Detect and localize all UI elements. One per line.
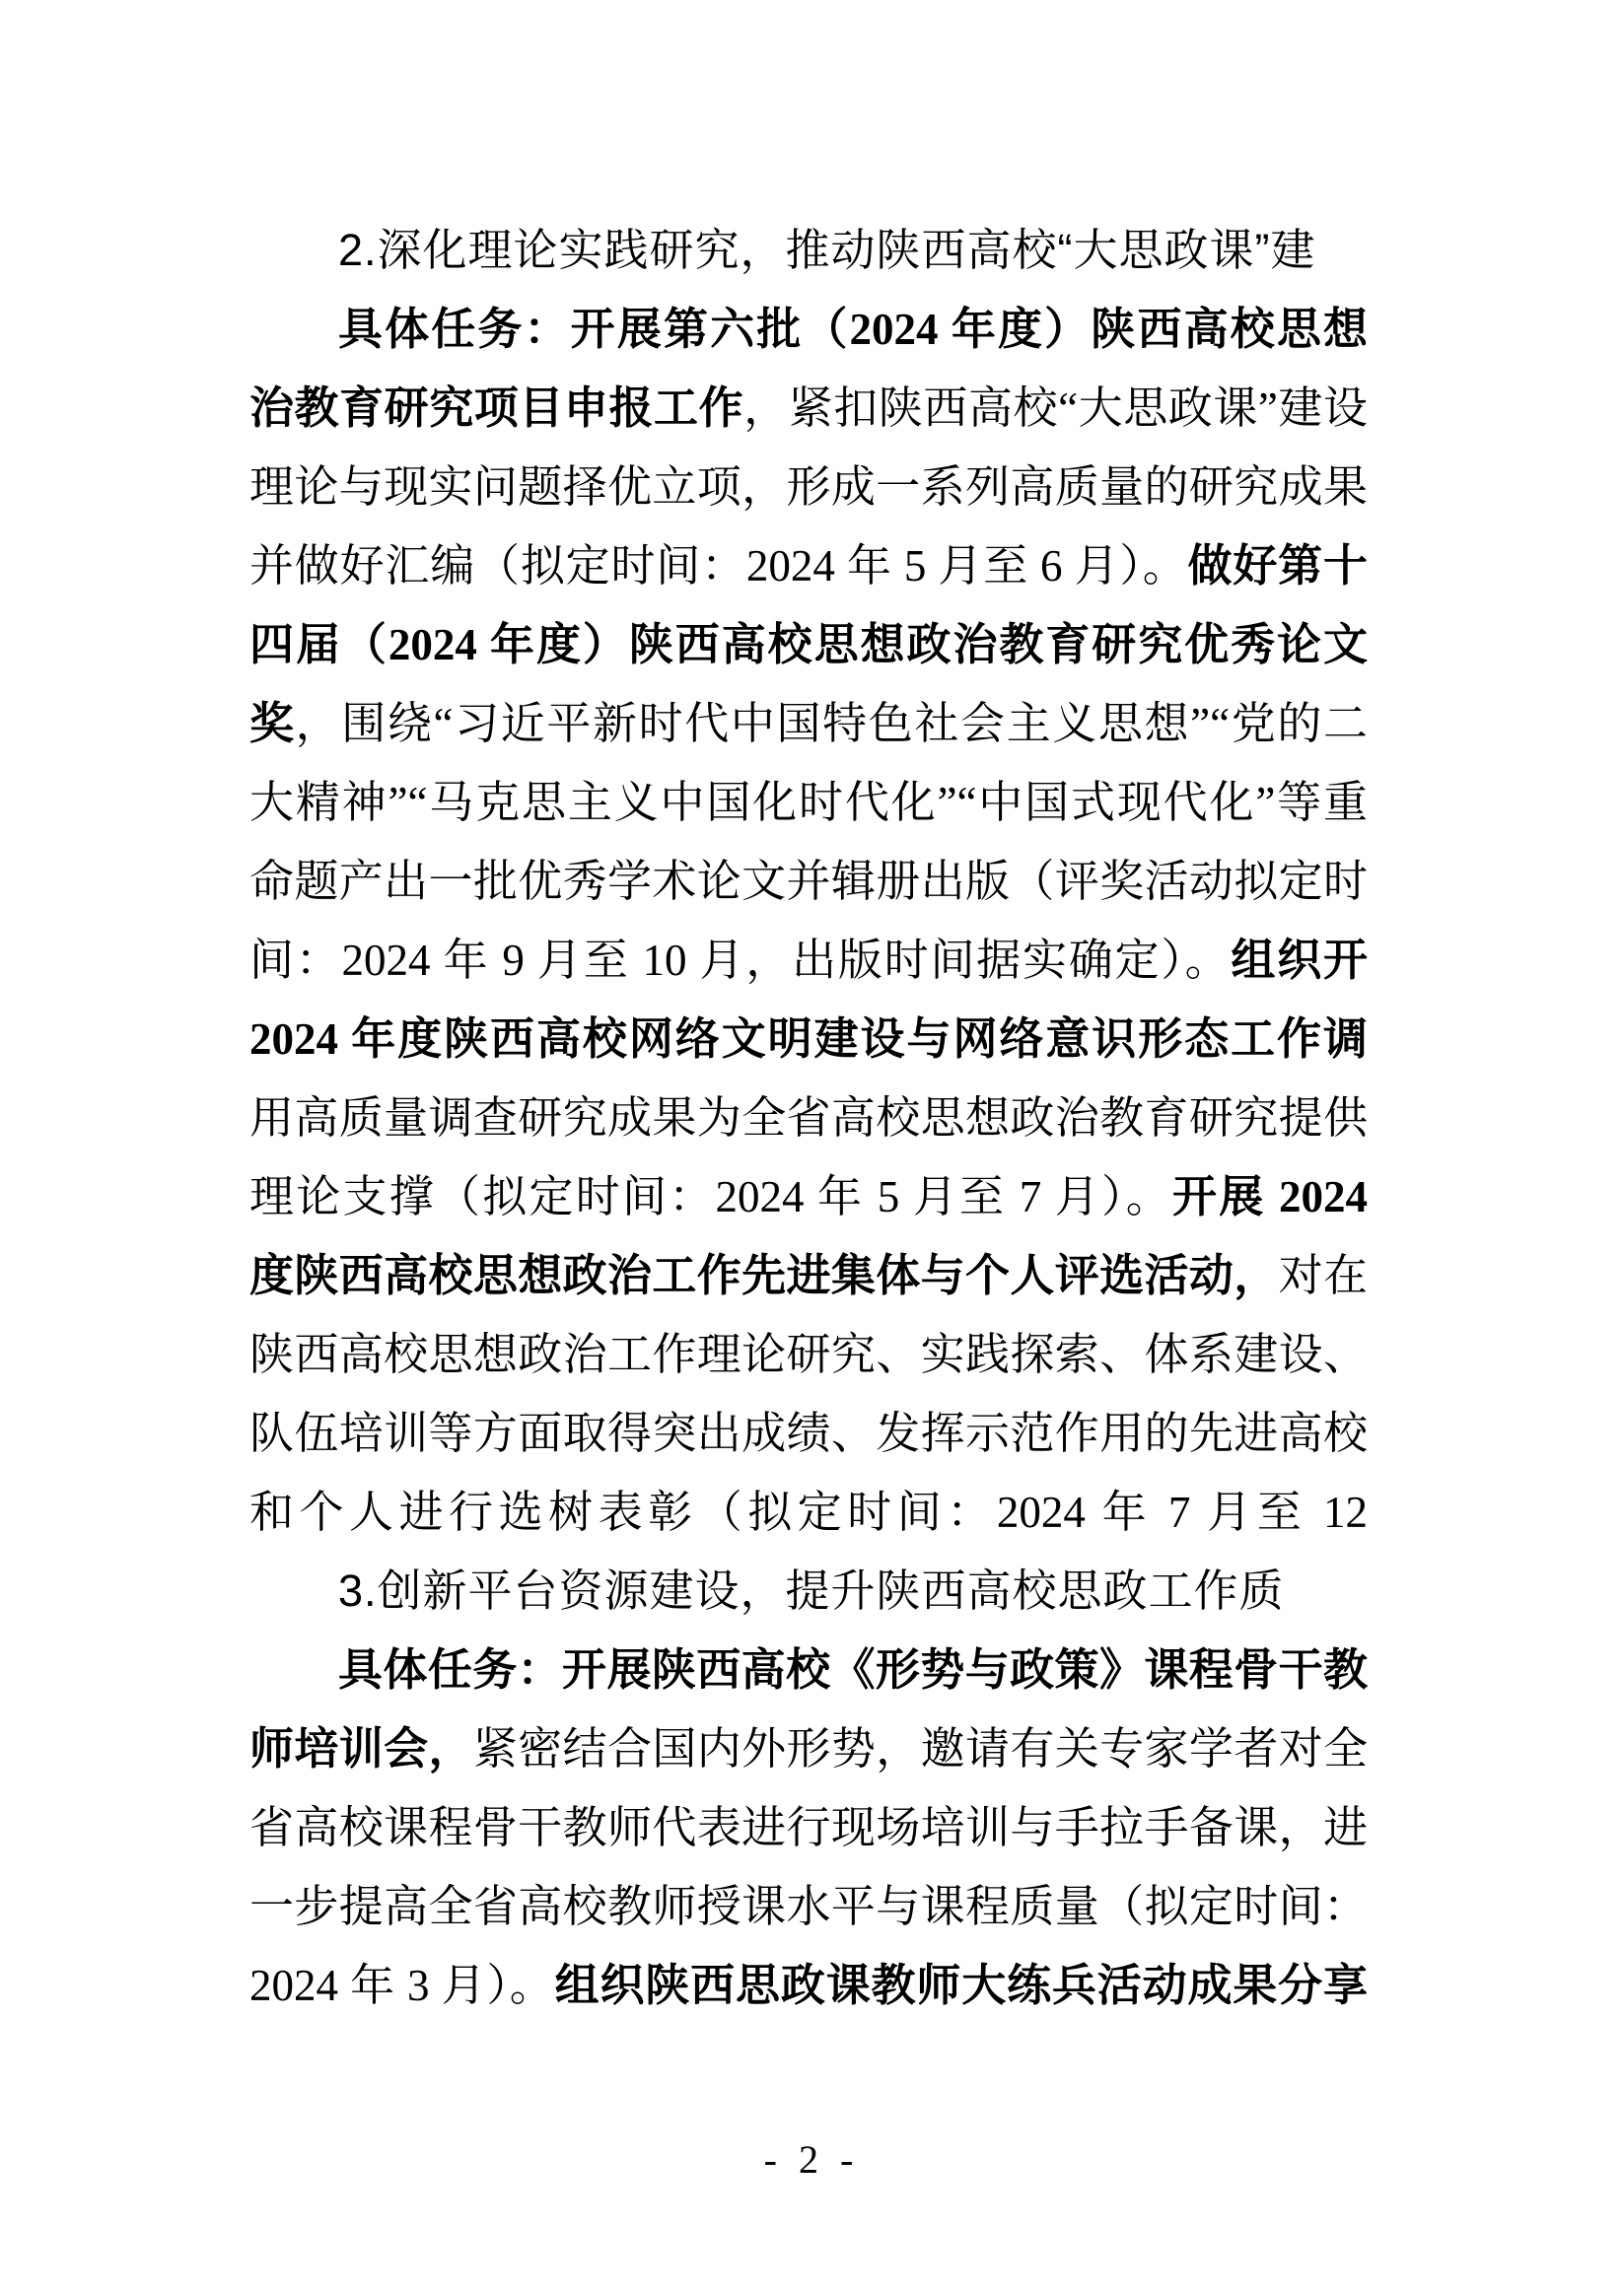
text-segment: 并做好汇编（拟定时间：2024 年 5 月至 6 月）。 xyxy=(249,541,1188,591)
text-line: 治教育研究项目申报工作，紧扣陕西高校“大思政课”建设 xyxy=(249,369,1368,448)
text-segment: 紧密结合国内外形势，邀请有关专家学者对全 xyxy=(473,1724,1368,1774)
text-segment: 用高质量调查研究成果为全省高校思想政治教育研究提供 xyxy=(249,1093,1368,1143)
text-line: 并做好汇编（拟定时间：2024 年 5 月至 6 月）。做好第十 xyxy=(249,526,1368,605)
text-segment: 陕西高校思想政治工作理论研究、实践探索、体系建设、 xyxy=(249,1330,1368,1379)
text-line: 间：2024 年 9 月至 10 月，出版时间据实确定）。组织开展 xyxy=(249,921,1368,1000)
text-line: 师培训会，紧密结合国内外形势，邀请有关专家学者对全 xyxy=(249,1709,1368,1788)
text-segment: 一步提高全省高校教师授课水平与课程质量（拟定时间： xyxy=(249,1882,1368,1931)
text-segment: 间：2024 年 9 月至 10 月，出版时间据实确定）。 xyxy=(249,936,1231,985)
bold-text-segment: 治教育研究项目申报工作 xyxy=(249,383,743,433)
page-number: - 2 - xyxy=(0,2135,1623,2185)
bold-text-segment: 具体任务：开展第六批（2024 年度）陕西高校思想政 xyxy=(249,305,1368,369)
bold-text-segment: 度陕西高校思想政治工作先进集体与个人评选活动， xyxy=(249,1251,1279,1300)
text-line: 四届（2024 年度）陕西高校思想政治教育研究优秀论文评 xyxy=(249,605,1368,684)
section-heading: 3.创新平台资源建设，提升陕西高校思政工作质量。 xyxy=(249,1552,1368,1631)
text-line: 理论与现实问题择优立项，形成一系列高质量的研究成果 xyxy=(249,448,1368,526)
text-segment: 2.深化理论实践研究，推动陕西高校“大思政课”建设。 xyxy=(249,225,1316,290)
text-segment: 队伍培训等方面取得突出成绩、发挥示范作用的先进高校 xyxy=(249,1409,1368,1458)
bold-text-segment: 组织陕西思政课教师大练兵活动成果分享 xyxy=(555,1961,1368,2010)
text-line: 具体任务：开展第六批（2024 年度）陕西高校思想政 xyxy=(249,290,1368,369)
text-segment: 3.创新平台资源建设，提升陕西高校思政工作质量。 xyxy=(249,1565,1285,1631)
text-line: 一步提高全省高校教师授课水平与课程质量（拟定时间： xyxy=(249,1867,1368,1946)
text-line: 省高校课程骨干教师代表进行现场培训与手拉手备课，进 xyxy=(249,1788,1368,1867)
bold-text-segment: 2024 年度陕西高校网络文明建设与网络意识形态工作调研， xyxy=(249,1014,1368,1078)
text-segment: ，围绕“习近平新时代中国特色社会主义思想”“党的二十 xyxy=(249,699,1368,763)
text-line: 具体任务：开展陕西高校《形势与政策》课程骨干教 xyxy=(249,1631,1368,1709)
document-page: 2.深化理论实践研究，推动陕西高校“大思政课”建设。具体任务：开展第六批（202… xyxy=(0,0,1623,2296)
text-line: 陕西高校思想政治工作理论研究、实践探索、体系建设、 xyxy=(249,1315,1368,1394)
text-segment: 命题产出一批优秀学术论文并辑册出版（评奖活动拟定时 xyxy=(249,857,1368,906)
text-line: 大精神”“马克思主义中国化时代化”“中国式现代化”等重大 xyxy=(249,763,1368,842)
document-body: 2.深化理论实践研究，推动陕西高校“大思政课”建设。具体任务：开展第六批（202… xyxy=(0,0,1623,2025)
text-segment: 对在 xyxy=(1279,1251,1368,1300)
bold-text-segment: 四届（2024 年度）陕西高校思想政治教育研究优秀论文评 xyxy=(249,620,1368,684)
text-segment: 理论支撑（拟定时间：2024 年 5 月至 7 月）。 xyxy=(249,1172,1172,1221)
text-line: 用高质量调查研究成果为全省高校思想政治教育研究提供 xyxy=(249,1078,1368,1157)
bold-text-segment: 具体任务：开展陕西高校《形势与政策》课程骨干教 xyxy=(338,1645,1368,1695)
text-line: 理论支撑（拟定时间：2024 年 5 月至 7 月）。开展 2024 年 xyxy=(249,1157,1368,1236)
text-line: 奖，围绕“习近平新时代中国特色社会主义思想”“党的二十 xyxy=(249,684,1368,763)
bold-text-segment: 师培训会， xyxy=(249,1724,473,1774)
text-line: 2024 年 3 月）。组织陕西思政课教师大练兵活动成果分享 xyxy=(249,1946,1368,2025)
text-line: 2024 年度陕西高校网络文明建设与网络意识形态工作调研， xyxy=(249,1000,1368,1078)
text-line: 命题产出一批优秀学术论文并辑册出版（评奖活动拟定时 xyxy=(249,842,1368,921)
text-segment: 2024 年 3 月）。 xyxy=(249,1961,555,2010)
bold-text-segment: 做好第十 xyxy=(1188,541,1368,591)
text-line: 度陕西高校思想政治工作先进集体与个人评选活动，对在 xyxy=(249,1236,1368,1315)
text-segment: 理论与现实问题择优立项，形成一系列高质量的研究成果 xyxy=(249,462,1368,512)
text-line: 队伍培训等方面取得突出成绩、发挥示范作用的先进高校 xyxy=(249,1394,1368,1473)
bold-text-segment: 奖 xyxy=(249,699,296,748)
section-heading: 2.深化理论实践研究，推动陕西高校“大思政课”建设。 xyxy=(249,211,1368,290)
text-segment: 和个人进行选树表彰（拟定时间：2024 年 7 月至 12 月）。 xyxy=(249,1488,1368,1552)
text-segment: ，紧扣陕西高校“大思政课”建设 xyxy=(743,383,1368,433)
text-segment: 大精神”“马克思主义中国化时代化”“中国式现代化”等重大 xyxy=(249,778,1368,842)
text-line: 和个人进行选树表彰（拟定时间：2024 年 7 月至 12 月）。 xyxy=(249,1473,1368,1552)
text-segment: 省高校课程骨干教师代表进行现场培训与手拉手备课，进 xyxy=(249,1803,1368,1852)
